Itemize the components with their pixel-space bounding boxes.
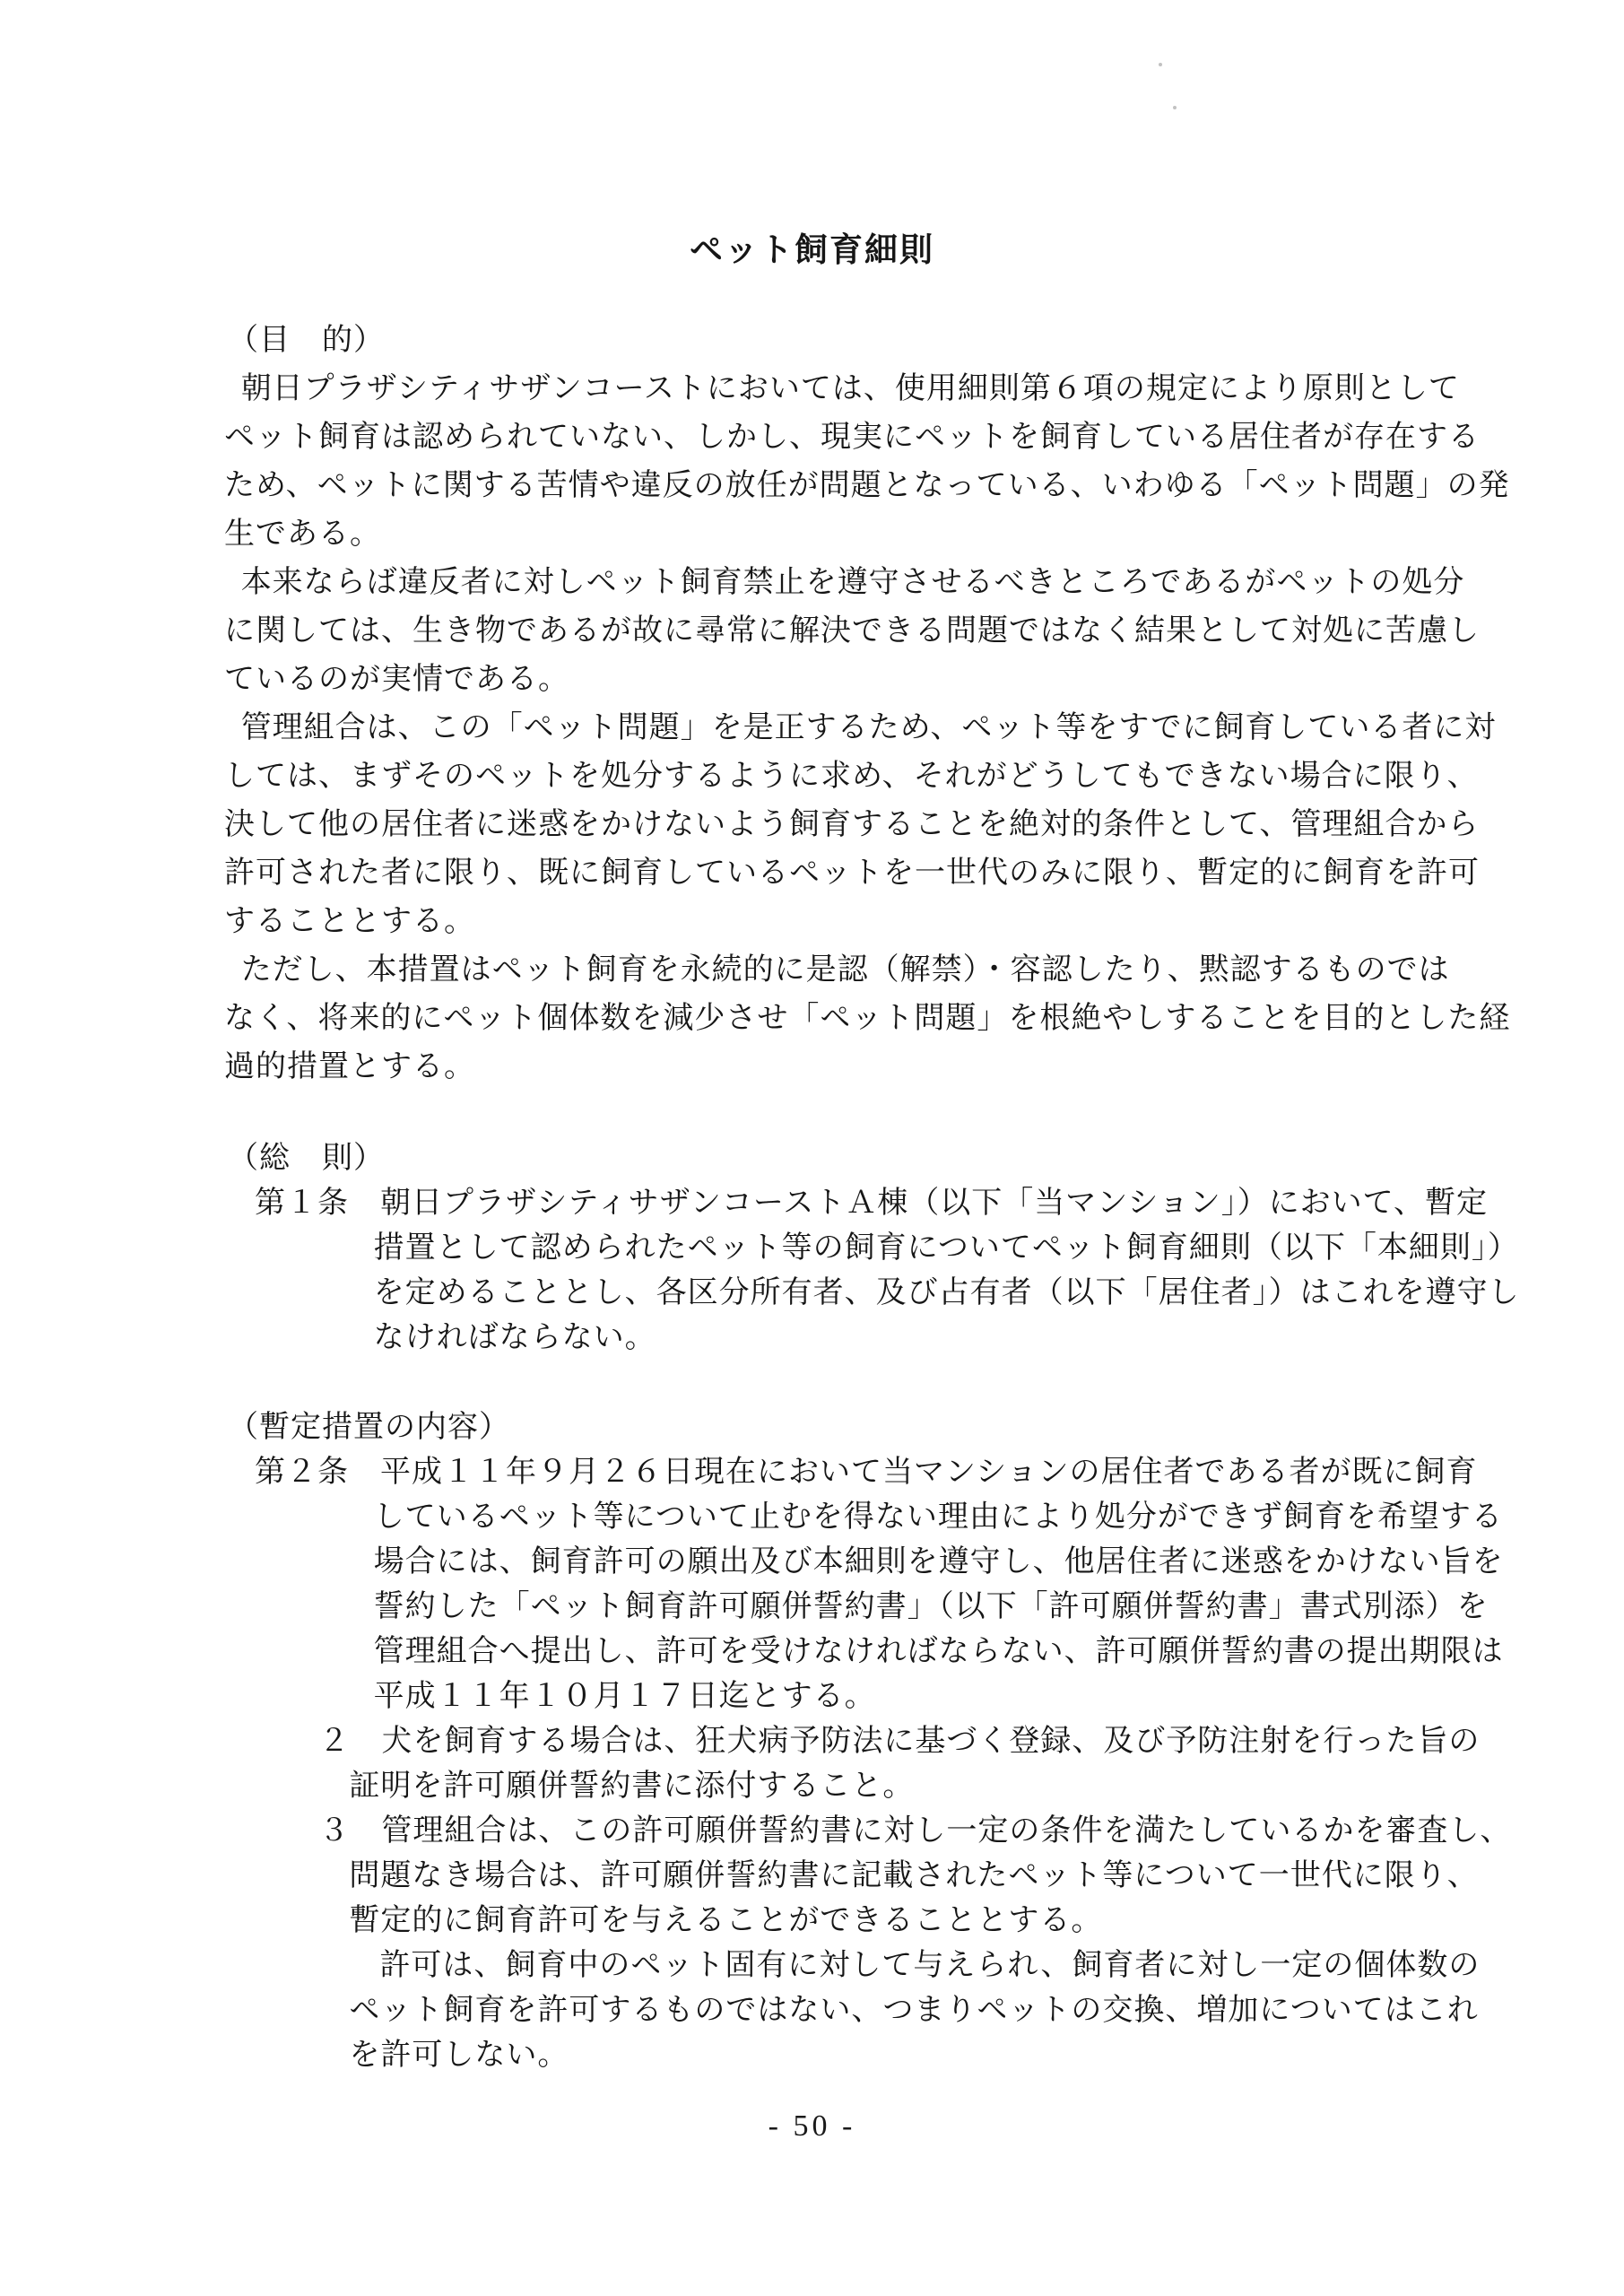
section-purpose: （目 的） 朝日プラザシティサザンコーストにおいては、使用細則第６項の規定により… bbox=[224, 316, 1551, 1091]
document-page: ペット飼育細則 （目 的） 朝日プラザシティサザンコーストにおいては、使用細則第… bbox=[0, 0, 1624, 2296]
text-line: に関しては、生き物であるが故に尋常に解決できる問題ではなく結果として対処に苦慮し bbox=[224, 606, 1551, 655]
article-2-item-2-line: 証明を許可願併誓約書に添付すること。 bbox=[224, 1763, 1551, 1808]
article-2-line: 第２条 平成１１年９月２６日現在において当マンションの居住者である者が既に飼育 bbox=[224, 1449, 1551, 1494]
page-number: - 50 - bbox=[0, 2109, 1624, 2144]
scan-speck bbox=[1028, 435, 1031, 439]
section-rules: （総 則） 第１条 朝日プラザシティサザンコーストＡ棟（以下「当マンション」）に… bbox=[224, 1091, 1551, 2077]
text-line: しては、まずそのペットを処分するように求め、それがどうしてもできない場合に限り、 bbox=[224, 752, 1551, 800]
article-2-item-3-line: を許可しない。 bbox=[224, 2032, 1551, 2077]
section-heading-provisional-measures: （暫定措置の内容） bbox=[224, 1405, 1551, 1449]
article-1-line: を定めることとし、各区分所有者、及び占有者（以下「居住者」）はこれを遵守し bbox=[224, 1270, 1551, 1315]
article-2-line: しているペット等について止むを得ない理由により処分ができず飼育を希望する bbox=[224, 1494, 1551, 1539]
article-2-item-2-line: ２ 犬を飼育する場合は、狂犬病予防法に基づく登録、及び予防注射を行った旨の bbox=[224, 1718, 1551, 1763]
article-2-line: 誓約した「ペット飼育許可願併誓約書」（以下「許可願併誓約書」書式別添）を bbox=[224, 1584, 1551, 1629]
text-line: ペット飼育は認められていない、しかし、現実にペットを飼育している居住者が存在する bbox=[224, 413, 1551, 461]
scan-speck bbox=[1173, 106, 1177, 109]
text-line: 朝日プラザシティサザンコーストにおいては、使用細則第６項の規定により原則として bbox=[224, 364, 1551, 413]
article-2-line: 場合には、飼育許可の願出及び本細則を遵守し、他居住者に迷惑をかけない旨を bbox=[224, 1539, 1551, 1584]
section-heading-general: （総 則） bbox=[224, 1135, 1551, 1180]
text-line: 過的措置とする。 bbox=[224, 1042, 1551, 1091]
article-1-line: 第１条 朝日プラザシティサザンコーストＡ棟（以下「当マンション」）において、暫定 bbox=[224, 1180, 1551, 1225]
text-line: ため、ペットに関する苦情や違反の放任が問題となっている、いわゆる「ペット問題」の… bbox=[224, 461, 1551, 509]
section-heading-purpose: （目 的） bbox=[224, 316, 1551, 364]
scan-speck bbox=[1159, 63, 1162, 66]
article-2-line: 平成１１年１０月１７日迄とする。 bbox=[224, 1674, 1551, 1718]
document-title: ペット飼育細則 bbox=[0, 222, 1624, 271]
article-2-item-3-line: 問題なき場合は、許可願併誓約書に記載されたペット等について一世代に限り、 bbox=[224, 1853, 1551, 1898]
article-2-item-3-line: ペット飼育を許可するものではない、つまりペットの交換、増加についてはこれ bbox=[224, 1987, 1551, 2032]
text-line: 決して他の居住者に迷惑をかけないよう飼育することを絶対的条件として、管理組合から bbox=[224, 800, 1551, 848]
text-line: なく、将来的にペット個体数を減少させ「ペット問題」を根絶やしすることを目的とした… bbox=[224, 994, 1551, 1042]
text-line: 管理組合は、この「ペット問題」を是正するため、ペット等をすでに飼育している者に対 bbox=[224, 703, 1551, 752]
text-line: ただし、本措置はペット飼育を永続的に是認（解禁）・容認したり、黙認するものでは bbox=[224, 945, 1551, 994]
text-line: することとする。 bbox=[224, 897, 1551, 945]
article-2-item-3-line: 許可は、飼育中のペット固有に対して与えられ、飼育者に対し一定の個体数の bbox=[224, 1943, 1551, 1987]
text-line: 生である。 bbox=[224, 509, 1551, 558]
text-line: ているのが実情である。 bbox=[224, 655, 1551, 703]
article-1-line: なければならない。 bbox=[224, 1315, 1551, 1360]
article-2-item-3-line: ３ 管理組合は、この許可願併誓約書に対し一定の条件を満たしているかを審査し、 bbox=[224, 1808, 1551, 1853]
article-2-item-3-line: 暫定的に飼育許可を与えることができることとする。 bbox=[224, 1898, 1551, 1943]
article-2-line: 管理組合へ提出し、許可を受けなければならない、許可願併誓約書の提出期限は bbox=[224, 1629, 1551, 1674]
text-line: 許可された者に限り、既に飼育しているペットを一世代のみに限り、暫定的に飼育を許可 bbox=[224, 848, 1551, 897]
article-1-line: 措置として認められたペット等の飼育についてペット飼育細則（以下「本細則」） bbox=[224, 1225, 1551, 1270]
text-line: 本来ならば違反者に対しペット飼育禁止を遵守させるべきところであるがペットの処分 bbox=[224, 558, 1551, 606]
